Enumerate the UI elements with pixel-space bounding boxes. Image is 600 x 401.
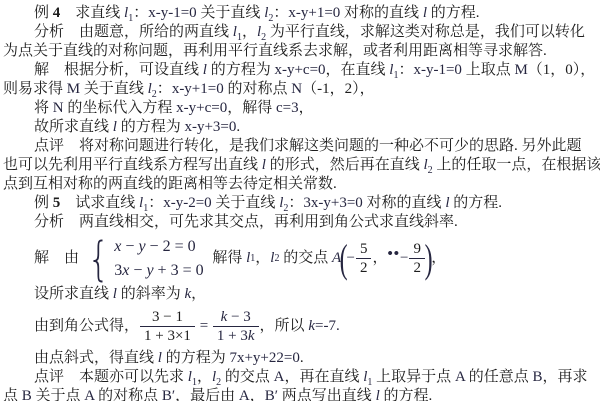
text-line: 解 根据分析，可设直线 l 的方程为 x-y+c=0，在直线 l1：x-y-1=… (3, 61, 598, 80)
text-segment: ： (273, 5, 288, 21)
text-segment: 的斜率为 (117, 286, 185, 302)
text-segment: 例 (34, 195, 53, 211)
text-segment: 试求直线 (60, 195, 139, 211)
text-line: 例 5 试求直线 l1：x-y-2=0 关于直线 l2：3x-y+3=0 对称的… (3, 194, 598, 213)
text-line: 点 B 关于点 A 的对称点 B′，最后由 A，B′ 两点写出直线 l 的方程. (3, 387, 598, 401)
fraction-numerator: k − 3 (213, 308, 259, 327)
text-segment: . (300, 350, 304, 366)
math-variable: k (308, 317, 315, 336)
math-text: c=3 (276, 100, 299, 116)
math-text: + 3 = 0 (154, 262, 204, 279)
text-segment: 两点写出直线 (278, 388, 376, 401)
text-segment: 分析 由题意，所给的两直线 (34, 24, 233, 40)
document-body: 例 4 求直线 l1：x-y-1=0 关于直线 l2：x-y+1=0 对称的直线… (3, 4, 598, 401)
text-segment: 对称的直线 (340, 5, 423, 21)
text-segment: 解 由 (34, 249, 79, 268)
math-text: N (53, 100, 64, 116)
math-text: = (196, 317, 212, 336)
text-segment: 求直线 (60, 5, 124, 21)
math-text: − 2 = 0 (146, 238, 196, 255)
text-line: 分析 两直线相交，可先求其交点，再利用到角公式求直线斜率. (3, 213, 598, 232)
text-segment: 的方程为 (117, 119, 185, 135)
brace-icon: { (88, 236, 110, 282)
text-segment: ： (398, 62, 413, 78)
text-line: 分析 由题意，所给的两直线 l1，l2 为平行直线，求解这类对称总是，我们可以转… (3, 23, 598, 42)
text-line: 点评 本题亦可以先求 l1，l2 的交点 A，再在直线 l1 上取异于点 A 的… (3, 368, 598, 387)
text-segment: 的任意点 (465, 369, 533, 385)
math-variable: y (138, 238, 145, 255)
text-segment: ， (372, 249, 387, 268)
math-text: x-y+1=0 (288, 5, 340, 21)
text-line: 故所求直线 l 的方程为 x-y+3=0. (3, 118, 598, 137)
text-segment: 的对称点 (224, 81, 292, 97)
text-line: 为点关于直线的对称问题，再利用平行直线系去求解，或者利用距离相等寻求解答. (3, 42, 598, 61)
fraction-denominator: 1 + 3×1 (140, 327, 195, 345)
fraction: 3 − 11 + 3×1 (139, 308, 196, 345)
text-segment: 解得 (209, 249, 247, 268)
fraction-numerator: 5 (356, 240, 372, 259)
equation-row: x − y − 2 = 0 (114, 235, 203, 259)
text-segment: ， (431, 249, 446, 268)
text-segment: 将 (34, 100, 53, 116)
text-segment: ，在直线 (326, 62, 390, 78)
math-text: A (455, 369, 465, 385)
text-segment: 的方程. (449, 195, 502, 211)
fraction: k − 31 + 3k (212, 308, 260, 345)
text-segment: ， (197, 369, 212, 385)
equation-rows: x − y − 2 = 03x − y + 3 = 0 (114, 235, 203, 283)
math-text: x-y-2=0 (163, 195, 211, 211)
math-text: − (346, 249, 354, 268)
text-segment: ，所以 (260, 317, 309, 336)
fraction: 52 (355, 240, 373, 277)
text-segment: 由到角公式得， (34, 317, 139, 336)
text-segment: ： (148, 195, 163, 211)
text-segment: ， (242, 24, 257, 40)
text-segment: 的形式，然后再在直线 (266, 157, 424, 173)
text-line: 由到角公式得，3 − 11 + 3×1 = k − 31 + 3k，所以 k=-… (3, 304, 598, 349)
math-text: x-y+c=0 (176, 100, 227, 116)
math-text: x-y+1=0 (172, 81, 224, 97)
equation-system: {x − y − 2 = 03x − y + 3 = 0 (84, 235, 204, 283)
math-text: M (67, 81, 80, 97)
text-segment: ， (255, 249, 270, 268)
math-text: 1 + 3 (217, 328, 248, 344)
text-segment: 为点关于直线的对称问题，再利用平行直线系去求解，或者利用距离相等寻求解答. (3, 43, 547, 59)
text-line: 设所求直线 l 的斜率为 k， (3, 285, 598, 304)
math-text: B′ (162, 388, 175, 401)
big-paren: ( (340, 239, 348, 279)
text-segment: 2 (413, 260, 421, 276)
text-segment: 点 (3, 388, 22, 401)
math-text: 7x+y+22=0 (229, 350, 299, 366)
math-text: − 3 (227, 309, 250, 325)
text-segment: 的方程. (380, 388, 433, 401)
text-segment: 为平行直线，求解这类对称总是，我们可以转化 (266, 24, 585, 40)
math-text: A (84, 388, 94, 401)
text-segment: 对称的直线 (363, 195, 446, 211)
text-segment: 点到互相对称的两直线的距离相等去待定相关常数. (3, 176, 337, 192)
text-segment: ，再求 (542, 369, 587, 385)
text-segment: 的方程. (427, 5, 480, 21)
text-segment: 关于点 (32, 388, 85, 401)
math-text: B′ (265, 388, 278, 401)
math-variable: k (248, 328, 255, 344)
math-text: =-7. (315, 317, 340, 336)
dots-artifact: •• (387, 245, 400, 264)
text-line: 也可以先利用平行直线系方程写出直线 l 的形式，然后再在直线 l2 上的任取一点… (3, 156, 598, 175)
fraction-denominator: 2 (356, 259, 372, 277)
text-segment: ，最后由 (175, 388, 239, 401)
math-text: − (400, 249, 408, 268)
fraction-denominator: 2 (409, 259, 425, 277)
text-segment: 的方程为 (207, 62, 275, 78)
text-line: 点到互相对称的两直线的距离相等去待定相关常数. (3, 175, 598, 194)
text-segment: ： (133, 5, 148, 21)
math-text: A (239, 388, 250, 401)
text-segment: 点评 本题亦可以先求 (34, 369, 188, 385)
fraction-numerator: 3 − 1 (140, 308, 195, 327)
math-text: B (532, 369, 542, 385)
text-segment: . (236, 119, 240, 135)
fraction-denominator: 1 + 3k (213, 327, 259, 345)
text-segment: 5 (360, 241, 368, 257)
text-segment: 设所求直线 (34, 286, 113, 302)
text-segment: ， (191, 286, 206, 302)
text-segment: 上取异于点 (372, 369, 455, 385)
math-text: x-y+c=0 (274, 62, 325, 78)
text-line: 由点斜式，得直线 l 的方程为 7x+y+22=0. (3, 349, 598, 368)
text-line: 例 4 求直线 l1：x-y-1=0 关于直线 l2：x-y+1=0 对称的直线… (3, 4, 598, 23)
text-segment: 故所求直线 (34, 119, 113, 135)
text-segment: 关于直线 (197, 5, 265, 21)
text-segment: （1，0）， (528, 62, 596, 78)
math-text: x-y-1=0 (148, 5, 196, 21)
text-segment: 例 (34, 5, 53, 21)
text-line: 解 由{x − y − 2 = 03x − y + 3 = 0 解得 l1，l2… (3, 232, 598, 285)
document-page: 例 4 求直线 l1：x-y-1=0 关于直线 l2：x-y+1=0 对称的直线… (0, 0, 600, 401)
text-line: 点评 将对称问题进行转化，是我们求解这类问题的一种必不可少的思路. 另外此题 (3, 137, 598, 156)
math-text: N (291, 81, 302, 97)
text-segment: 的交点 (221, 369, 274, 385)
text-segment: 2 (360, 260, 368, 276)
text-segment: ，再在直线 (284, 369, 363, 385)
math-text: − (129, 262, 146, 279)
text-segment: 9 (413, 241, 421, 257)
fraction: 92 (408, 240, 426, 277)
text-segment: ， (299, 100, 314, 116)
text-segment: 分析 两直线相交，可先求其交点，再利用到角公式求直线斜率. (34, 214, 458, 230)
math-text: M (514, 62, 527, 78)
text-segment: 的交点 (279, 249, 332, 268)
text-segment: ，解得 (227, 100, 276, 116)
text-segment: 上取点 (462, 62, 515, 78)
text-segment: 3 − 1 (152, 309, 183, 325)
math-text: 3x-y+3=0 (303, 195, 362, 211)
fraction-numerator: 9 (409, 240, 425, 259)
text-segment: 关于直线 (80, 81, 148, 97)
text-segment: ， (250, 388, 265, 401)
math-text: A (274, 369, 285, 385)
text-line: 将 N 的坐标代入方程 x-y+c=0，解得 c=3， (3, 99, 598, 118)
math-text: − (121, 238, 138, 255)
text-segment: 关于直线 (212, 195, 280, 211)
text-segment: 1 + 3×1 (144, 328, 191, 344)
equation-row: 3x − y + 3 = 0 (114, 259, 203, 283)
text-segment: 上的任取一点，在根据该 (433, 157, 600, 173)
math-text: x-y-1=0 (413, 62, 461, 78)
text-line: 则易求得 M 关于直线 l2：x-y+1=0 的对称点 N（-1，2）， (3, 80, 598, 99)
text-segment: 则易求得 (3, 81, 67, 97)
text-segment: ： (288, 195, 303, 211)
big-paren: ) (425, 239, 433, 279)
text-segment: 的方程为 (162, 350, 230, 366)
text-segment: 由点斜式，得直线 (34, 350, 158, 366)
math-text: B (22, 388, 32, 401)
text-segment: 解 根据分析，可设直线 (34, 62, 203, 78)
text-segment: 的对称点 (94, 388, 162, 401)
text-segment: ： (157, 81, 172, 97)
text-segment: 的坐标代入方程 (64, 100, 177, 116)
text-segment: 点评 将对称问题进行转化，是我们求解这类问题的一种必不可少的思路. 另外此题 (34, 138, 582, 154)
text-segment: 也可以先利用平行直线系方程写出直线 (3, 157, 262, 173)
math-variable: y (146, 262, 153, 279)
math-text: x-y+3=0 (184, 119, 236, 135)
text-segment: （-1，2）， (302, 81, 375, 97)
